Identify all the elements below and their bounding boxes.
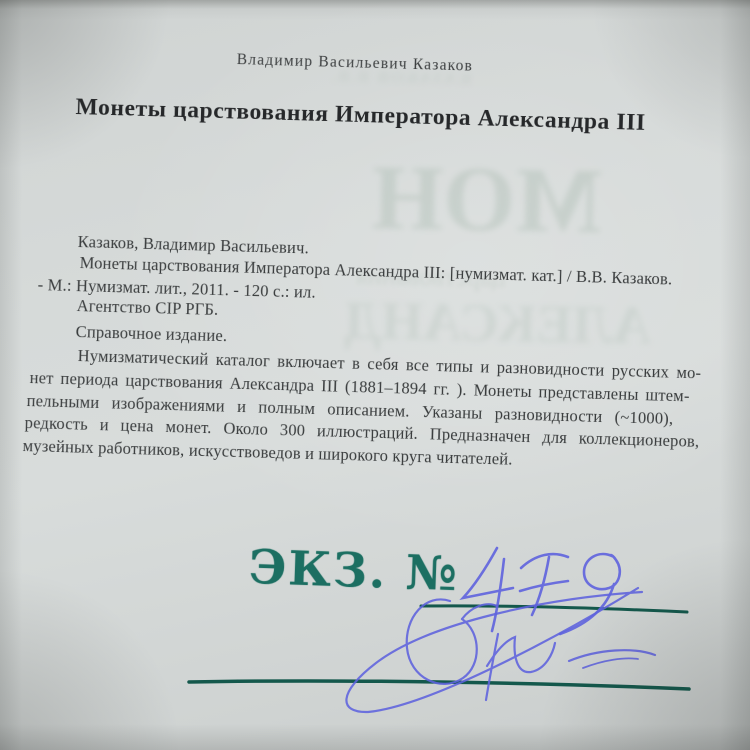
book-page-photo: КАЗАКОВ В.В. МОН царствования АЛЕКСАНД В…: [0, 0, 750, 750]
signature-underline: [189, 681, 689, 689]
ink-overlay: [0, 0, 750, 750]
handwritten-copy-number: [463, 548, 620, 634]
ballpoint-dash: [583, 658, 638, 668]
stamp-underline: [421, 606, 687, 612]
